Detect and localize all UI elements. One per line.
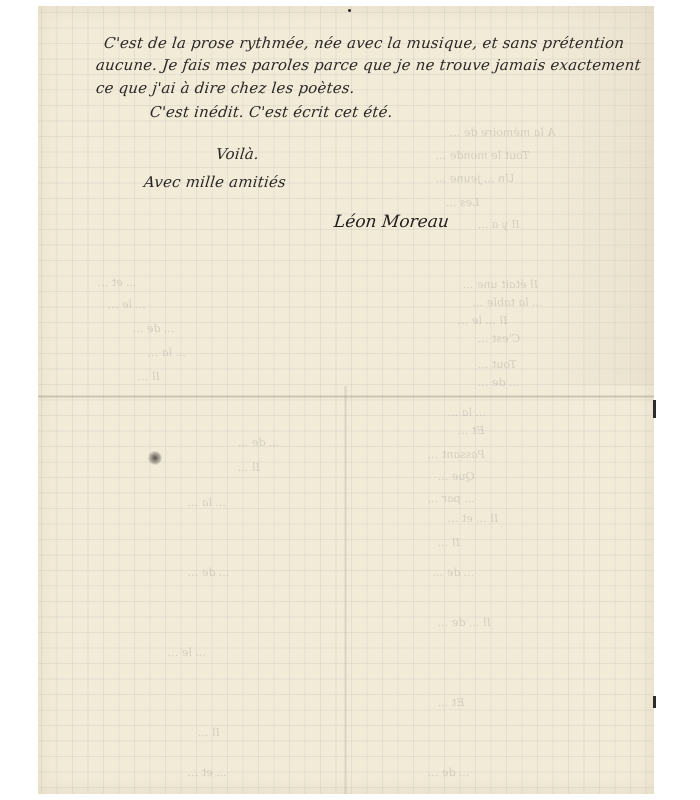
ghost-line: Il ... (237, 461, 260, 474)
body-line-1: C'est de la prose rythmée, née avec la m… (103, 34, 625, 52)
ghost-line: ... de ... (132, 322, 175, 335)
ghost-line: ... par ... (427, 492, 475, 505)
vertical-fold (344, 386, 347, 794)
ghost-line: Et ... (437, 696, 465, 709)
ghost-line: Il était une ... (462, 278, 538, 291)
ghost-line: ... de ... (187, 566, 230, 579)
ghost-line: ... la table ... (472, 296, 543, 309)
ghost-line: Il ... le ... (457, 314, 508, 327)
ghost-line: ... le ... (107, 298, 146, 311)
ghost-line: Et ... (457, 424, 485, 437)
edge-mark (653, 400, 656, 418)
ghost-line: ... de ... (432, 566, 475, 579)
ghost-line: ... de ... (237, 436, 280, 449)
ghost-line: Que ... (437, 470, 475, 483)
ghost-line: Passant ... (427, 448, 485, 461)
body-line-3: ce que j'ai à dire chez les poètes. (95, 79, 356, 97)
closing-salutation: Avec mille amitiés (143, 173, 287, 191)
ghost-line: Il ... (437, 536, 460, 549)
body-line-2: aucune. Je fais mes paroles parce que je… (95, 56, 642, 74)
ghost-line: Un ... jeune ... (435, 172, 515, 185)
ghost-line: ... la ... (447, 406, 486, 419)
ghost-line: Il ... (137, 370, 160, 383)
ink-stain (148, 451, 162, 465)
ghost-line: A la mémoire de ... (449, 126, 556, 139)
body-line-4: C'est inédit. C'est écrit cet été. (149, 103, 394, 121)
ghost-line: ... de ... (427, 766, 470, 779)
ink-dot (348, 9, 351, 12)
closing-voila: Voilà. (215, 145, 260, 163)
ghost-line: Il ... et ... (447, 512, 499, 525)
ghost-line: ... et ... (97, 276, 137, 289)
ghost-line: Tout ... (477, 358, 517, 371)
ghost-line: ... le ... (167, 646, 206, 659)
ghost-line: ... la ... (187, 496, 226, 509)
ghost-line: C'est ... (477, 332, 520, 345)
ghost-line: Il y a ... (477, 218, 520, 231)
ghost-line: Il ... de ... (437, 616, 491, 629)
ghost-line: Les ... (445, 196, 480, 209)
ghost-line: ... et ... (187, 766, 227, 779)
ghost-line: ... de ... (477, 376, 520, 389)
ghost-line: ... la ... (147, 346, 186, 359)
edge-mark (653, 696, 656, 708)
ghost-line: Tout le monde ... (435, 149, 530, 162)
letter-page: A la mémoire de ... Tout le monde ... Un… (38, 6, 654, 794)
signature: Léon Moreau (333, 212, 450, 232)
ghost-line: Il ... (197, 726, 220, 739)
